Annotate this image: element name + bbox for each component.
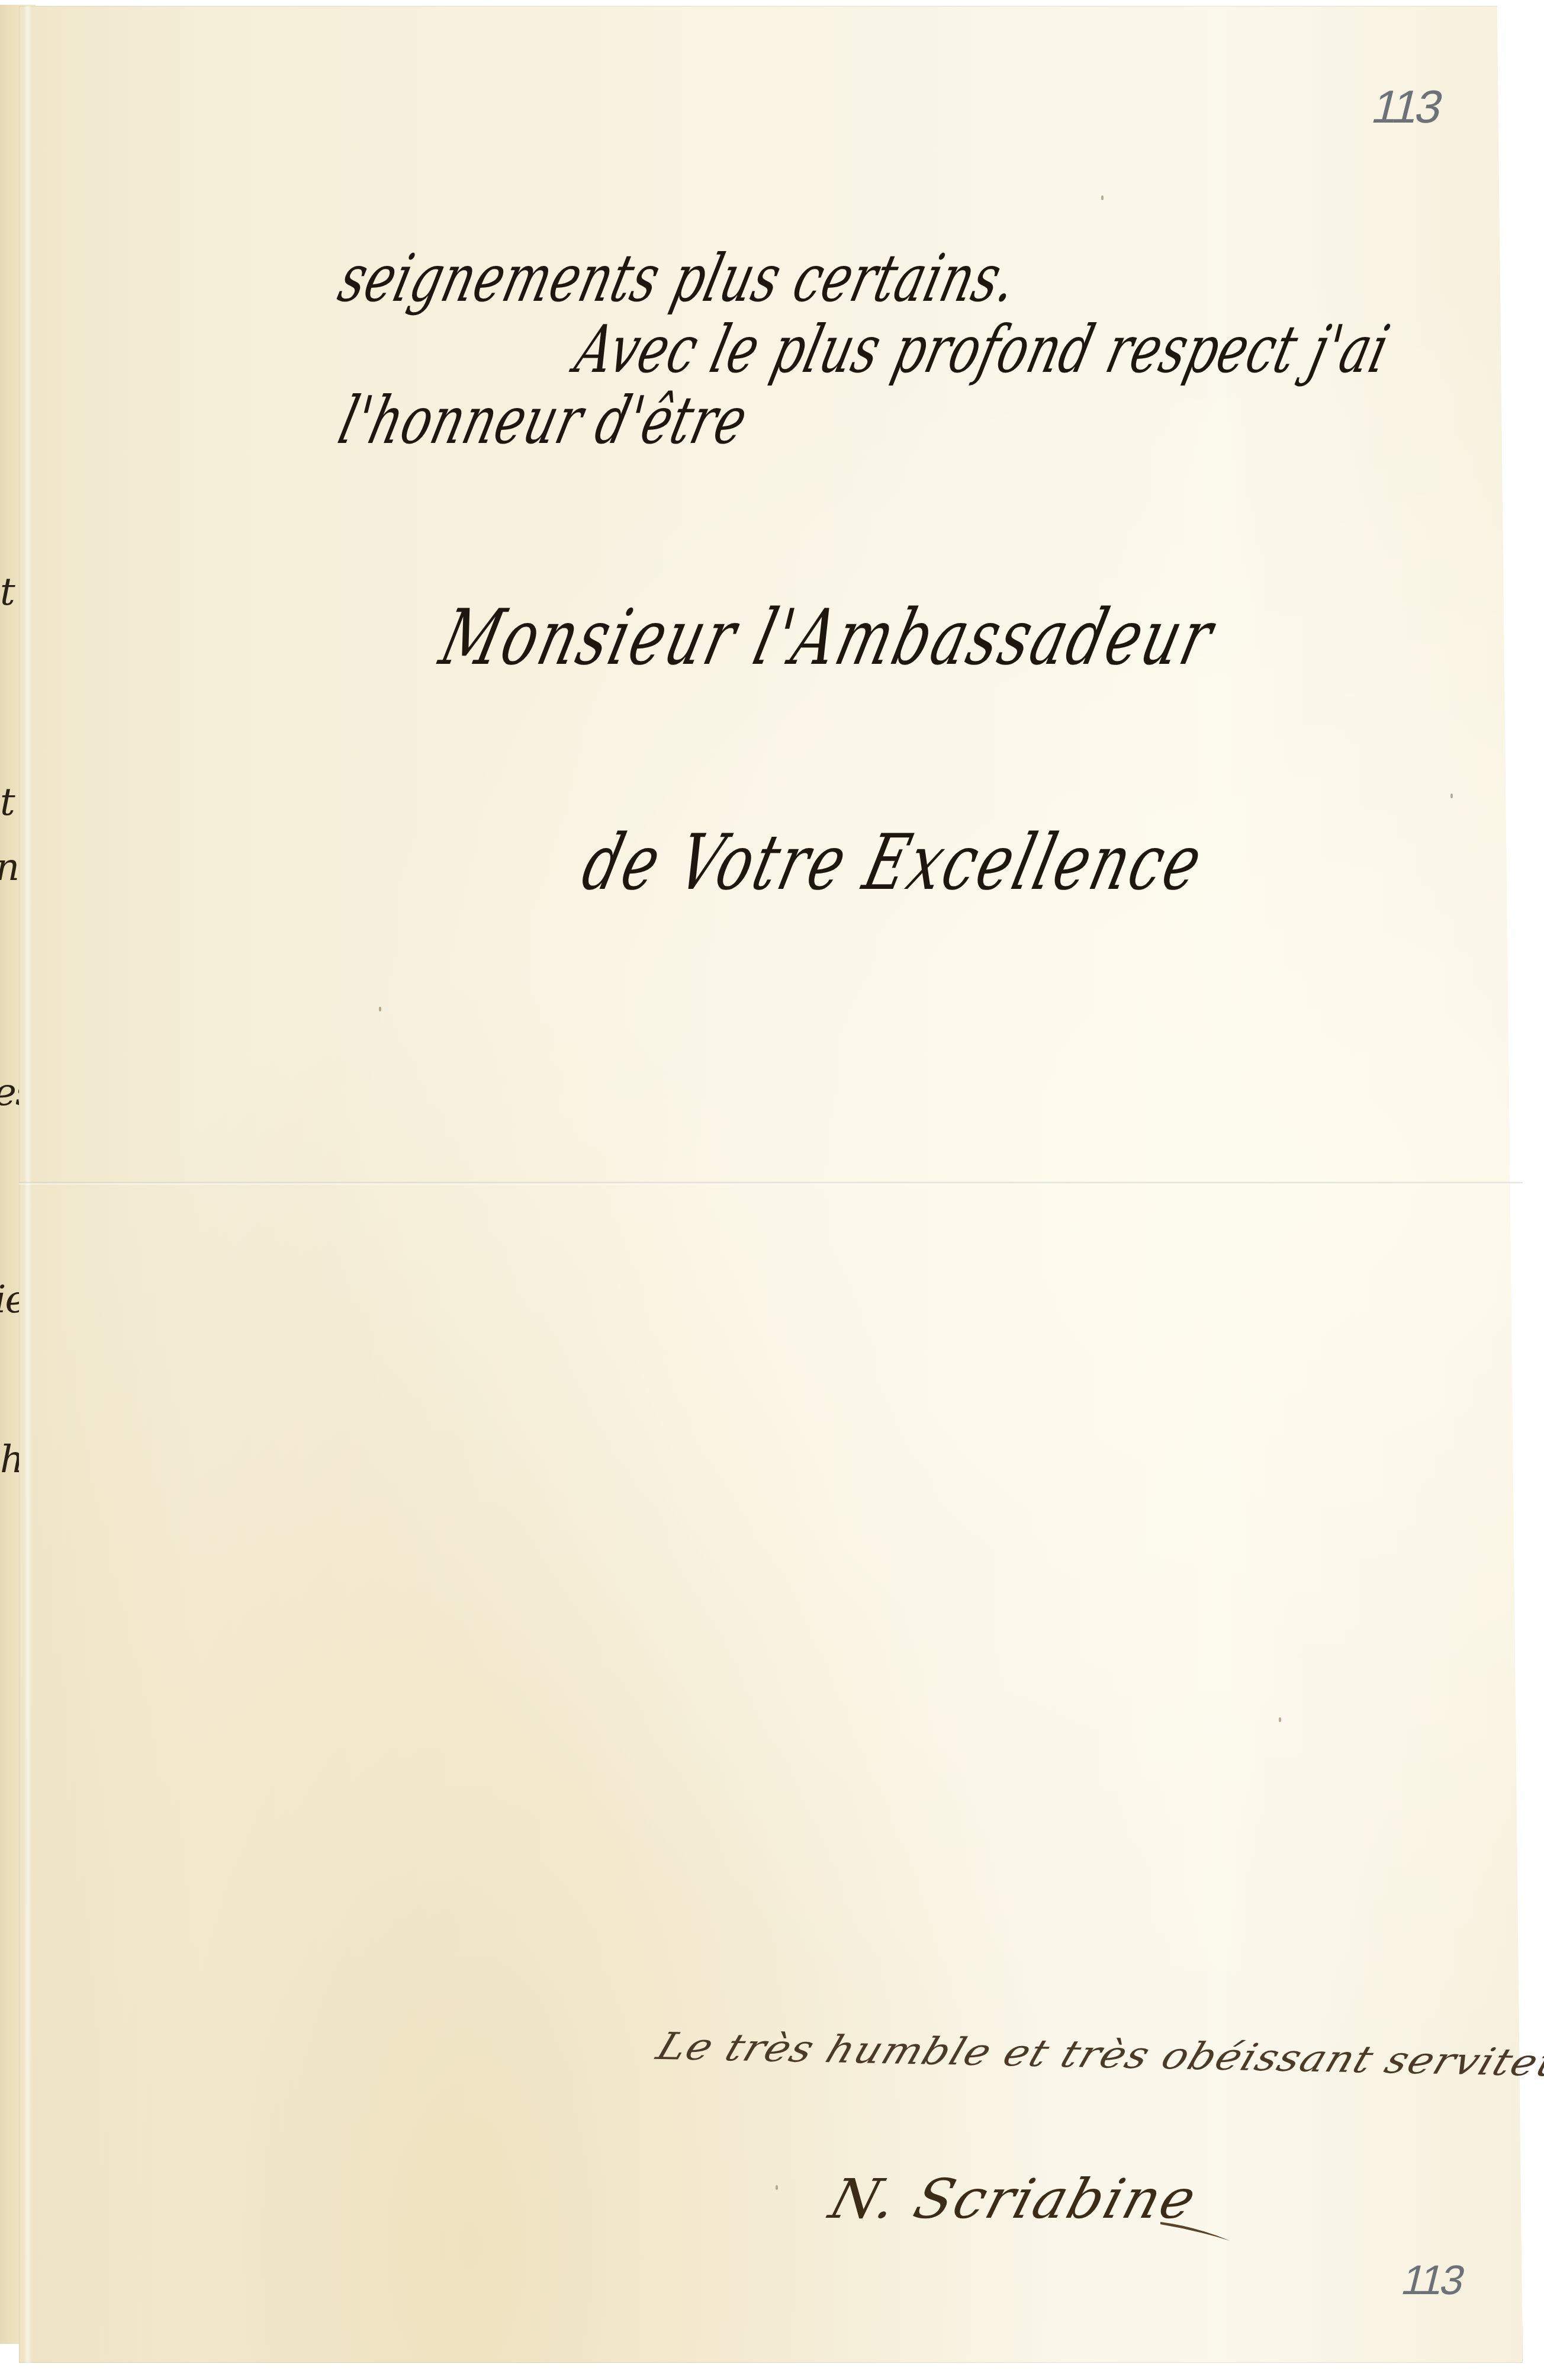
paper-speck [776, 2185, 778, 2190]
margin-fragment: t [0, 570, 14, 614]
signature-flourish-icon [1160, 2220, 1231, 2243]
body-line-2: Avec le plus profond respect j'ai [568, 312, 1397, 388]
paper-speck [1101, 195, 1104, 200]
folio-number-top: 113 [1367, 80, 1447, 134]
paper-speck [1450, 794, 1453, 798]
margin-fragment: t [0, 781, 14, 824]
salutation-line-1: Monsieur l'Ambassadeur [432, 593, 1224, 682]
paper-speck [1279, 1717, 1281, 1722]
signature: N. Scriabine [823, 2167, 1205, 2231]
body-line-3: l'honneur d'être [332, 383, 755, 459]
folio-number-bottom: 113 [1397, 2256, 1468, 2304]
fold-crease [19, 1181, 1523, 1185]
salutation-line-2: de Votre Excellence [574, 818, 1212, 907]
paper-speck [379, 1007, 381, 1011]
body-line-1: seignements plus certains. [332, 241, 1025, 317]
